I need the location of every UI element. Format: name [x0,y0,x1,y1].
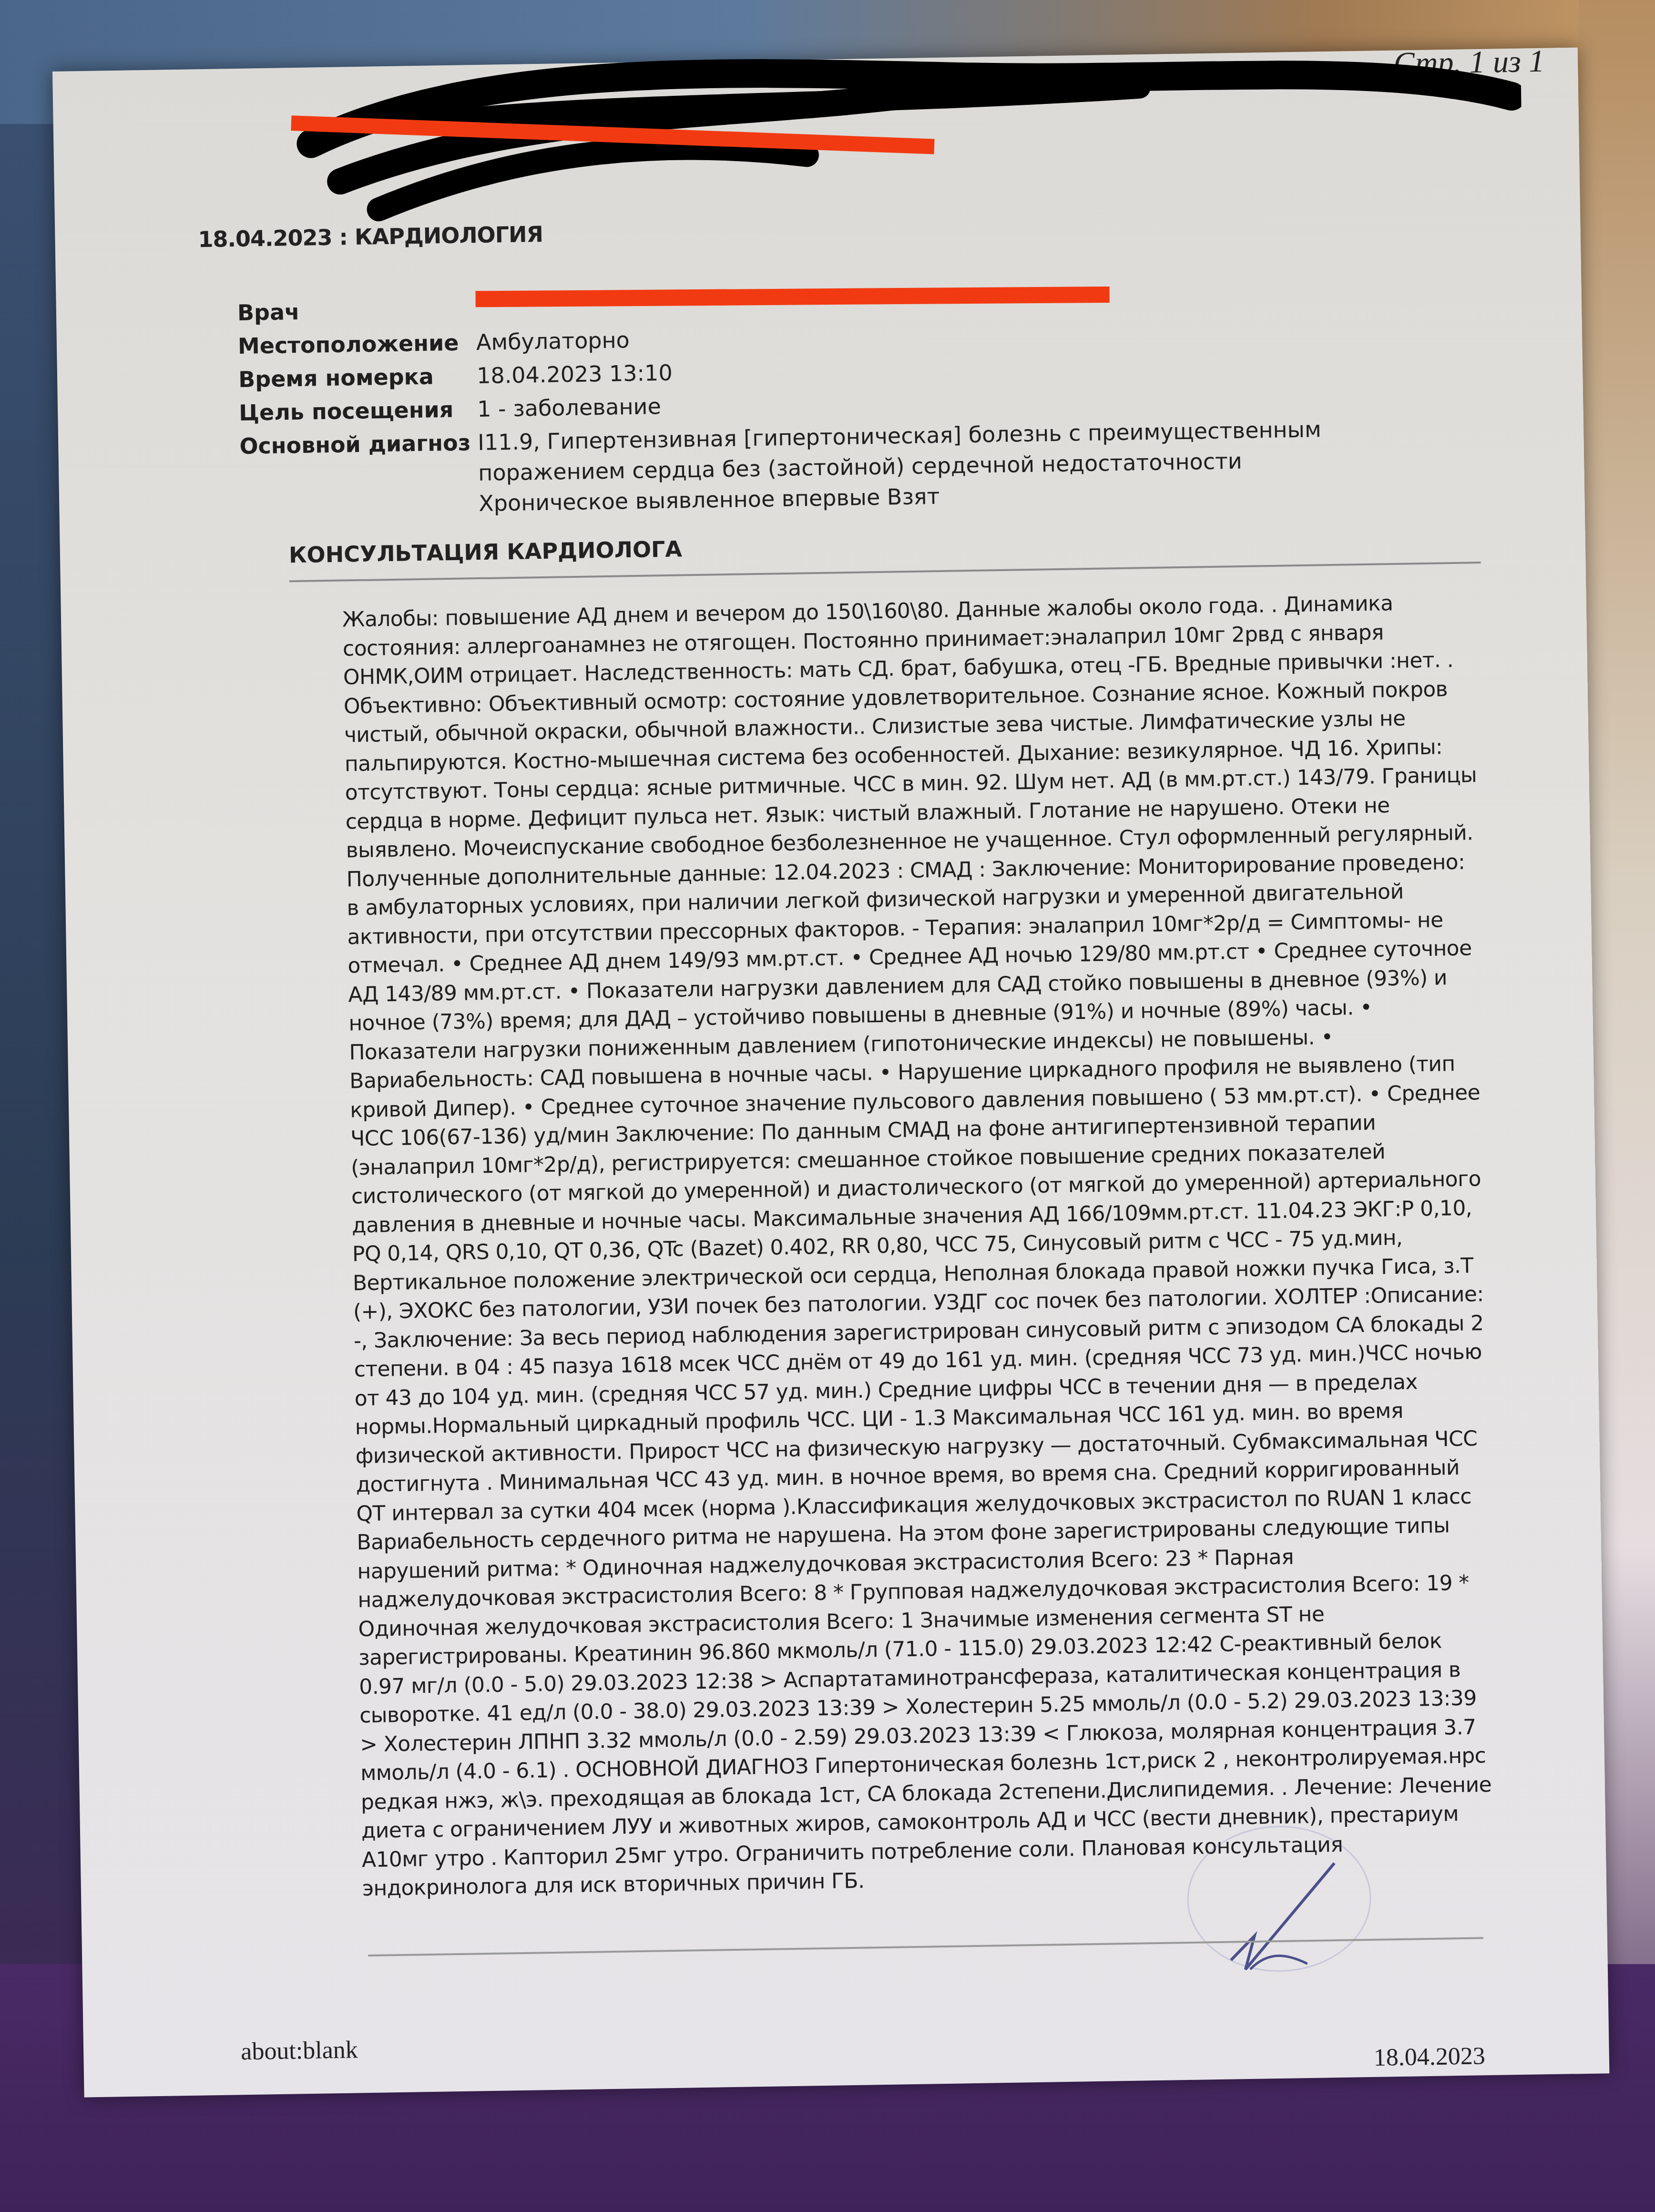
section-title: КОНСУЛЬТАЦИЯ КАРДИОЛОГА [289,536,683,568]
visit-fields: Врач Местоположение Амбулаторно Время но… [237,279,1384,525]
footer-date: 18.04.2023 [1373,2042,1485,2072]
redaction-scribble [281,39,1523,230]
printed-document: Стр. 1 из 1 18.04.2023 : КАРДИОЛОГИЯ Вра… [52,48,1609,2098]
field-label: Цель посещения [239,394,478,428]
field-main-diagnosis: Основной диагноз I11.9, Гипертензивная [… [239,413,1385,522]
field-label: Основной диагноз [239,427,479,522]
field-label: Врач [237,294,476,328]
field-value: I11.9, Гипертензивная [гипертоническая] … [478,413,1385,519]
consultation-text: Жалобы: повышение АД днем и вечером до 1… [342,588,1497,1904]
field-label: Местоположение [238,327,477,361]
field-label: Время номерка [238,360,477,395]
visit-heading: 18.04.2023 : КАРДИОЛОГИЯ [198,221,543,252]
signature-mark [1210,1854,1355,1980]
footer-url: about:blank [241,2036,358,2066]
